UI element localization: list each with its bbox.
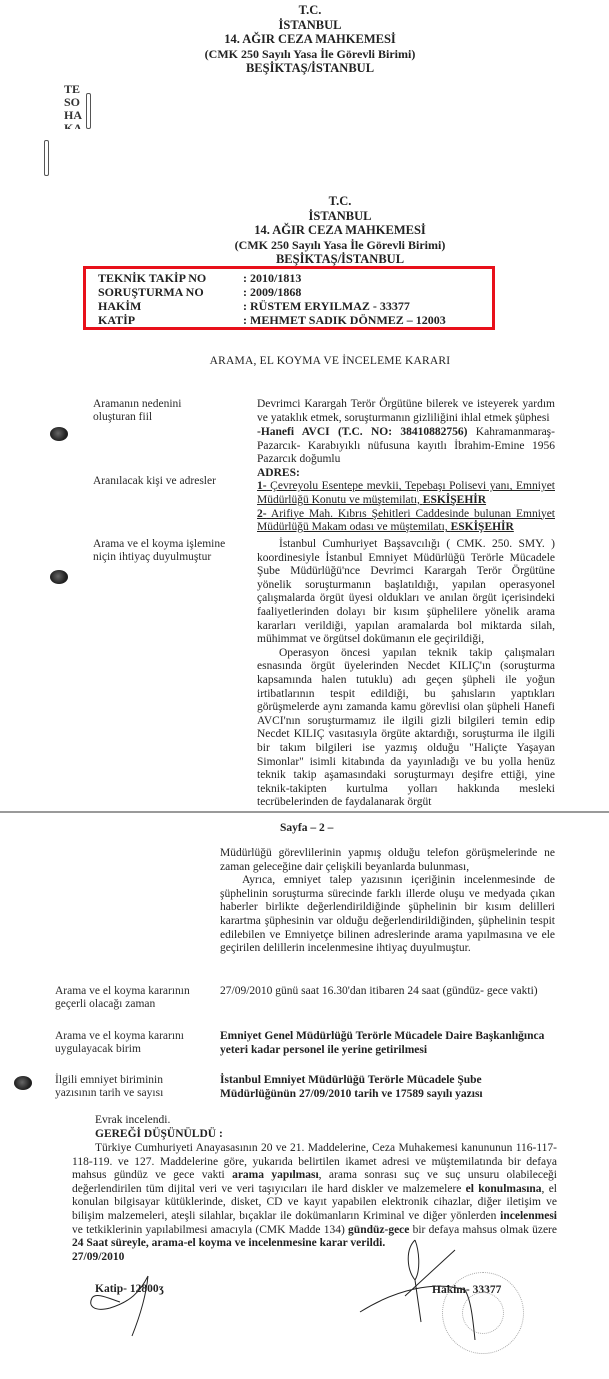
header-line: 14. AĞIR CEZA MAHKEMESİ bbox=[180, 223, 500, 238]
case-info-row: SORUŞTURMA NO : 2009/1868 bbox=[98, 285, 488, 299]
punch-hole-icon bbox=[50, 570, 68, 584]
suspect-info: -Hanefi AVCI (T.C. NO: 38410882756) Kahr… bbox=[257, 426, 555, 467]
case-info-label: HAKİM bbox=[98, 299, 243, 313]
case-info-label: SORUŞTURMA NO bbox=[98, 285, 243, 299]
header-line: BEŞİKTAŞ/İSTANBUL bbox=[180, 252, 500, 267]
decision-heading: GEREĞİ DÜŞÜNÜLDÜ : bbox=[95, 1128, 223, 1142]
header-line: T.C. bbox=[180, 194, 500, 209]
header-line: 14. AĞIR CEZA MAHKEMESİ bbox=[150, 32, 470, 47]
paragraph: Ayrıca, emniyet talep yazısının içeriğin… bbox=[220, 874, 555, 956]
row-value-unit: Emniyet Genel Müdürlüğü Terörle Mücadele… bbox=[220, 1030, 555, 1057]
address-item: 1- Çevreyolu Esentepe mevkii, Tepebaşı P… bbox=[257, 480, 555, 507]
case-info-row: TEKNİK TAKİP NO : 2010/1813 bbox=[98, 271, 488, 285]
row-value-letter: İstanbul Emniyet Müdürlüğü Terörle Mücad… bbox=[220, 1074, 555, 1101]
header-line: İSTANBUL bbox=[150, 18, 470, 33]
row-label-unit: Arama ve el koyma kararını uygulayacak b… bbox=[55, 1030, 225, 1057]
case-info-row: HAKİM : RÜSTEM ERYILMAZ - 33377 bbox=[98, 299, 488, 313]
row-label-letter: İlgili emniyet biriminin yazısının tarih… bbox=[55, 1074, 225, 1101]
header-line: (CMK 250 Sayılı Yasa İle Görevli Birimi) bbox=[150, 47, 470, 62]
page2-continued-text: Müdürlüğü görevlilerinin yapmış olduğu t… bbox=[220, 847, 555, 956]
paragraph: Operasyon öncesi yapılan teknik takip ça… bbox=[257, 647, 555, 810]
header-line: T.C. bbox=[150, 3, 470, 18]
row-value-validity: 27/09/2010 günü saat 16.30'dan itibaren … bbox=[220, 985, 555, 999]
case-info: TEKNİK TAKİP NO : 2010/1813 SORUŞTURMA N… bbox=[98, 271, 488, 327]
evrak-note: Evrak incelendi. bbox=[95, 1114, 170, 1128]
katip-signature-icon bbox=[80, 1272, 190, 1342]
paragraph: İstanbul Cumhuriyet Başsavcılığı ( CMK. … bbox=[257, 538, 555, 647]
section-label-fiil: Aramanın nedenini oluşturan fiil bbox=[93, 398, 243, 425]
case-info-value: : 2010/1813 bbox=[243, 271, 301, 285]
section-text-fiil: Devrimci Karargah Terör Örgütüne bilerek… bbox=[257, 398, 555, 425]
case-info-label: KATİP bbox=[98, 313, 243, 327]
paragraph: Müdürlüğü görevlilerinin yapmış olduğu t… bbox=[220, 847, 555, 874]
case-info-value: : MEHMET SADIK DÖNMEZ – 12003 bbox=[243, 313, 446, 327]
page-label: Sayfa – 2 – bbox=[280, 822, 333, 834]
document-title: ARAMA, EL KOYMA VE İNCELEME KARARI bbox=[180, 355, 480, 367]
header-line: (CMK 250 Sayılı Yasa İle Görevli Birimi) bbox=[180, 238, 500, 253]
page-divider bbox=[0, 811, 609, 813]
case-info-label: TEKNİK TAKİP NO bbox=[98, 271, 243, 285]
court-stamp-inner-icon bbox=[462, 1292, 504, 1334]
section-label-kisi: Aranılacak kişi ve adresler bbox=[93, 475, 253, 488]
section-label-ihtiyac: Arama ve el koyma işlemine niçin ihtiyaç… bbox=[93, 538, 253, 565]
punch-hole-icon bbox=[14, 1076, 32, 1090]
case-info-value: : 2009/1868 bbox=[243, 285, 301, 299]
section-text-ihtiyac: İstanbul Cumhuriyet Başsavcılığı ( CMK. … bbox=[257, 538, 555, 810]
header-line: BEŞİKTAŞ/İSTANBUL bbox=[150, 61, 470, 76]
header-line: İSTANBUL bbox=[180, 209, 500, 224]
staple-mark-icon bbox=[44, 140, 49, 176]
address-title: ADRES: bbox=[257, 467, 555, 481]
address-item: 2- Arifiye Mah. Kıbrıs Şehitleri Caddesi… bbox=[257, 508, 555, 535]
row-label-validity: Arama ve el koyma kararının geçerli olac… bbox=[55, 985, 225, 1012]
case-info-row: KATİP : MEHMET SADIK DÖNMEZ – 12003 bbox=[98, 313, 488, 327]
section-text-kisi: -Hanefi AVCI (T.C. NO: 38410882756) Kahr… bbox=[257, 426, 555, 535]
cut-stub-text: TE SO HA KA bbox=[64, 83, 86, 129]
staple-mark-icon bbox=[86, 93, 91, 129]
case-info-value: : RÜSTEM ERYILMAZ - 33377 bbox=[243, 299, 410, 313]
court-header: T.C. İSTANBUL 14. AĞIR CEZA MAHKEMESİ (C… bbox=[180, 194, 500, 267]
top-court-header: T.C. İSTANBUL 14. AĞIR CEZA MAHKEMESİ (C… bbox=[150, 3, 470, 76]
punch-hole-icon bbox=[50, 427, 68, 441]
